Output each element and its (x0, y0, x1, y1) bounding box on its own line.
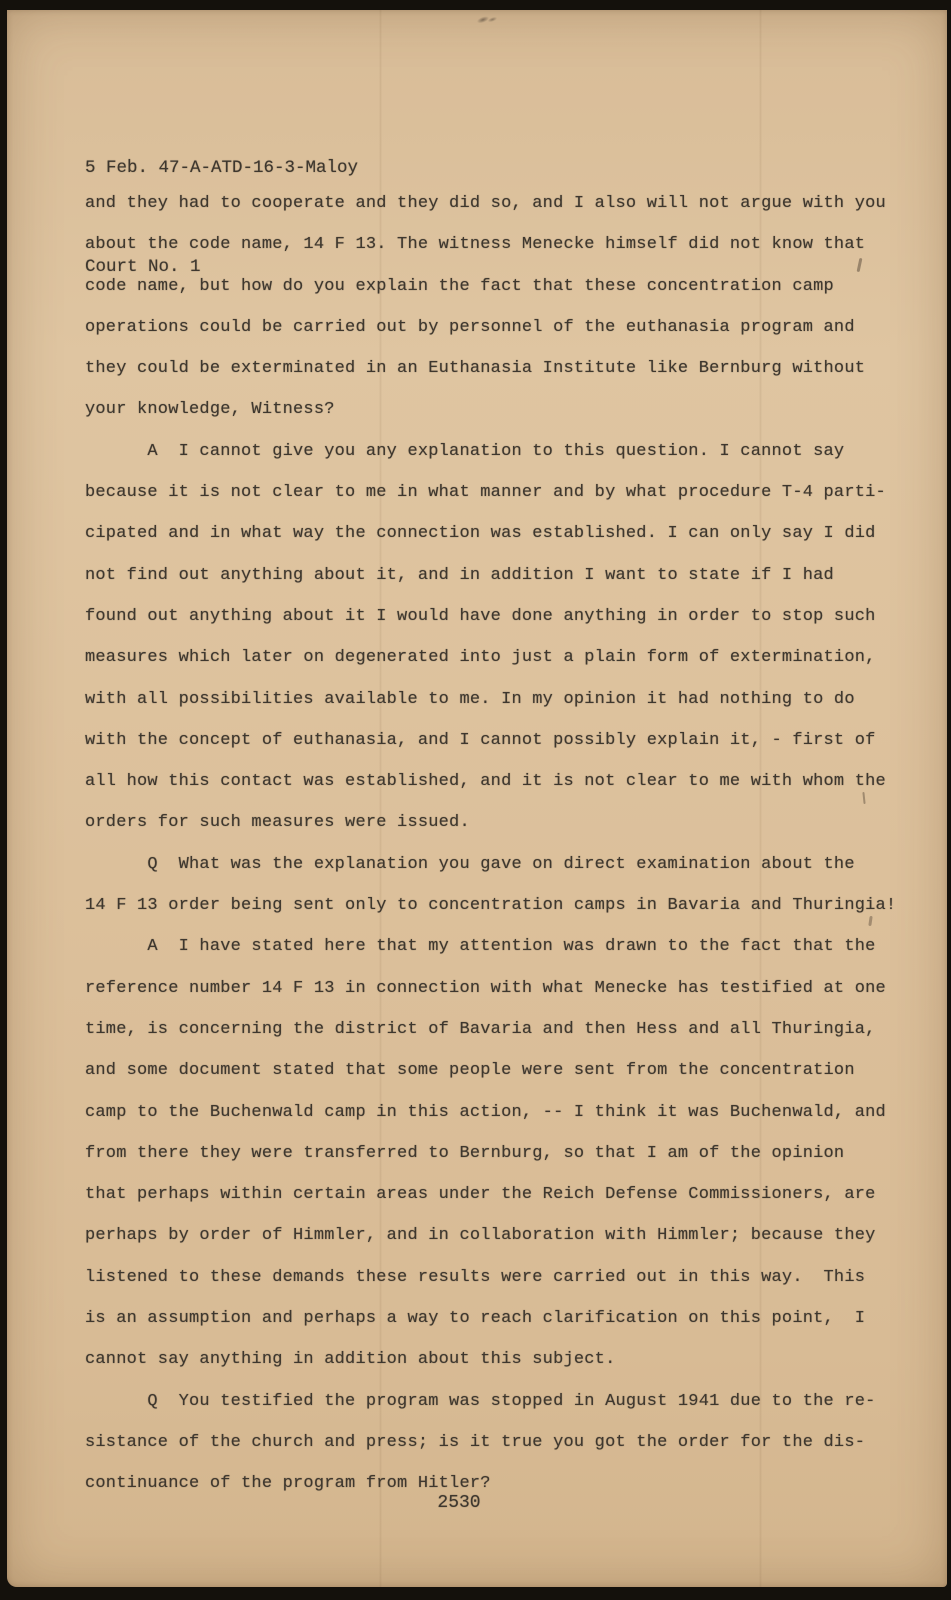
page-number: 2530 (0, 1493, 929, 1513)
transcript-line: is an assumption and perhaps a way to re… (85, 1298, 921, 1339)
transcript-line: Q You testified the program was stopped … (85, 1381, 921, 1422)
ink-smudge-top (473, 8, 502, 30)
transcript-line: code name, but how do you explain the fa… (85, 266, 921, 307)
transcript-line: cannot say anything in addition about th… (85, 1339, 921, 1380)
transcript-line: time, is concerning the district of Bava… (85, 1009, 921, 1050)
transcript-line: and some document stated that some peopl… (85, 1050, 921, 1091)
transcript-line: because it is not clear to me in what ma… (85, 472, 921, 513)
transcript-line: and they had to cooperate and they did s… (85, 183, 921, 224)
transcript-line: sistance of the church and press; is it … (85, 1422, 921, 1463)
transcript-line: Q What was the explanation you gave on d… (85, 844, 921, 885)
transcript-line: about the code name, 14 F 13. The witnes… (85, 224, 921, 265)
transcript-line: cipated and in what way the connection w… (85, 513, 921, 554)
transcript-line: perhaps by order of Himmler, and in coll… (85, 1215, 921, 1256)
transcript-line: camp to the Buchenwald camp in this acti… (85, 1092, 921, 1133)
transcript-line: that perhaps within certain areas under … (85, 1174, 921, 1215)
transcript-line: not find out anything about it, and in a… (85, 555, 921, 596)
transcript-line: your knowledge, Witness? (85, 389, 921, 430)
transcript-line: found out anything about it I would have… (85, 596, 921, 637)
transcript-line: listened to these demands these results … (85, 1257, 921, 1298)
transcript-line: from there they were transferred to Bern… (85, 1133, 921, 1174)
transcript-line: orders for such measures were issued. (85, 802, 921, 843)
transcript-line: reference number 14 F 13 in connection w… (85, 968, 921, 1009)
transcript-line: with the concept of euthanasia, and I ca… (85, 720, 921, 761)
transcript-line: with all possibilities available to me. … (85, 679, 921, 720)
transcript-line: operations could be carried out by perso… (85, 307, 921, 348)
transcript-line: measures which later on degenerated into… (85, 637, 921, 678)
transcript-line: A I cannot give you any explanation to t… (85, 431, 921, 472)
transcript-line: all how this contact was established, an… (85, 761, 921, 802)
scanned-transcript-page: 5 Feb. 47-A-ATD-16-3-Maloy Court No. 1 a… (0, 0, 951, 1600)
paper-sheet: 5 Feb. 47-A-ATD-16-3-Maloy Court No. 1 a… (7, 10, 947, 1587)
transcript-line: they could be exterminated in an Euthana… (85, 348, 921, 389)
transcript-line: 14 F 13 order being sent only to concent… (85, 885, 921, 926)
header-docket-line: 5 Feb. 47-A-ATD-16-3-Maloy (85, 152, 358, 185)
transcript-body: and they had to cooperate and they did s… (85, 183, 921, 1505)
transcript-line: A I have stated here that my attention w… (85, 926, 921, 967)
